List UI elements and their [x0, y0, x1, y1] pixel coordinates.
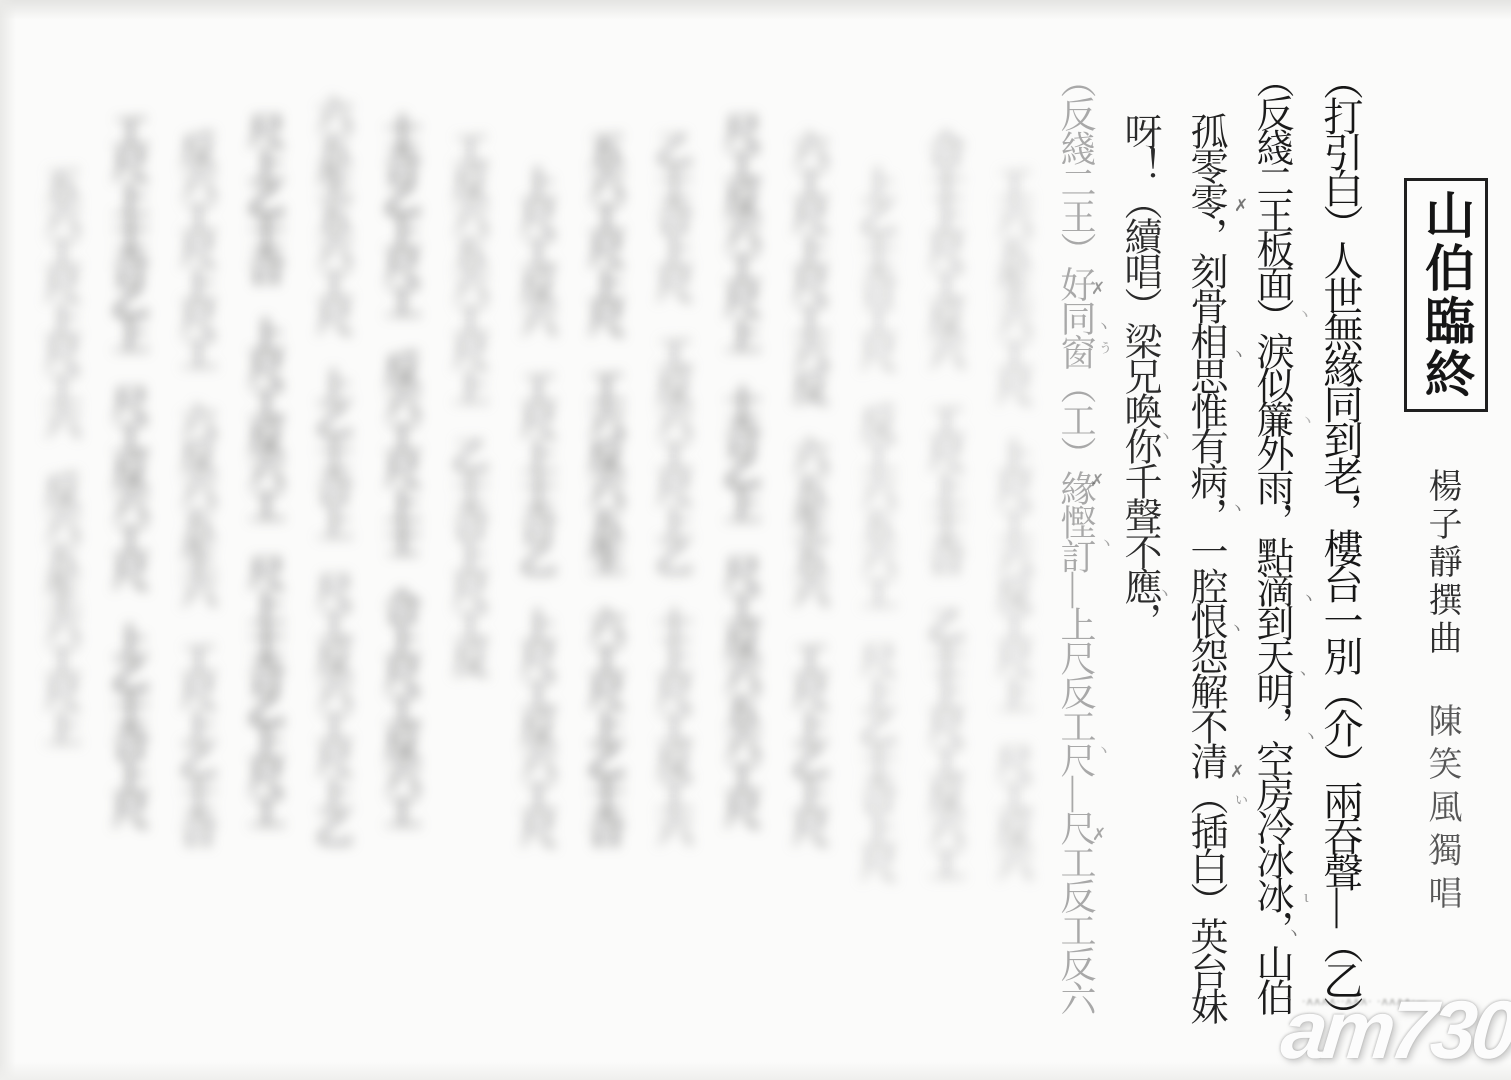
page-edge-top: [0, 0, 1511, 20]
lyric-column: （反綫二王板面）淚似簾外雨，點滴到天明，空房冷冰冰，山伯: [1252, 60, 1290, 1012]
singer-credit: 陳笑風獨唱: [1424, 703, 1458, 918]
notation-mark: ヽ: [1157, 428, 1174, 445]
blurred-column: 工六五生六工尺 上尺工六反工尺上 尺工反六: [991, 165, 1029, 879]
notation-mark: ヽ: [1300, 590, 1317, 607]
notation-mark: ヽ: [1095, 318, 1112, 335]
notation-mark: ヽ: [1302, 728, 1319, 745]
blurred-column: 上乙士合工尺 反工六五六工 尺上乙士合上尺: [855, 165, 893, 879]
notation-mark: ヽ: [1095, 742, 1112, 759]
blurred-column: 五六工尺上尺 工六反六五生 六工尺上乙士合: [583, 130, 621, 844]
notation-mark: ✗: [1091, 280, 1105, 297]
blurred-column: 乙士合上尺 工反六工尺上乙 士上尺工反工六: [651, 130, 689, 844]
notation-mark: ✗: [1230, 763, 1244, 780]
notation-mark: ヽ: [1156, 585, 1173, 602]
lyric-column: 孤零零，刻骨相思惟有病，一腔恨怨解不清（插白）英台妹: [1186, 112, 1224, 1022]
notation-mark: ✗: [1092, 826, 1106, 843]
notation-mark: ✗: [1090, 472, 1104, 489]
notation-mark: ヽ: [1296, 306, 1313, 323]
blurred-column: 六五生五六工尺 上乙士合上 尺工反六工尺上乙: [311, 95, 349, 843]
notation-mark: ✗: [1234, 197, 1248, 214]
notation-mark: ι: [1304, 888, 1309, 905]
blurred-column: 工尺上士合乙上 尺工反六工尺 上乙士合上尺: [107, 112, 145, 826]
lyric-column: （打引白）人世無緣同到老，樓台一別（介）兩吞聲—（乙）: [1320, 60, 1360, 1032]
blurred-column: 反六工尺上尺工 六反六五生六 工尺上乙士合: [175, 130, 213, 844]
blurred-column: 工反六五六工尺上 乙士合上尺工反: [447, 130, 485, 674]
blurred-column: 尺上乙士合 上尺工反六工 尺上士合乙上尺工: [243, 112, 281, 826]
title-box: 山伯臨終: [1404, 178, 1488, 412]
notation-mark: ヽ: [1098, 535, 1115, 552]
blurred-column: 士合乙上尺工 反六工尺上士 合上尺工反六工: [379, 112, 417, 826]
blurred-column: 五六工尺上尺工六 反六五生六工尺上: [39, 165, 77, 743]
notation-mark: ヽ: [1285, 925, 1302, 942]
notation-mark: ヽ: [1228, 620, 1245, 637]
song-sheet-page: 工六五生六工尺 上尺工六反工尺上 尺工反六合士上尺工反六 工尺上士合 乙士上尺工…: [0, 0, 1511, 1080]
notation-mark: ヽ: [1229, 500, 1246, 517]
notation-mark: ヽ: [1299, 412, 1316, 429]
blurred-column: 尺工反六工尺上 士合乙上 尺工反六五六工尺: [719, 112, 757, 826]
page-edge-left: [0, 0, 16, 1080]
lyric-column: 呀！（續唱）梁兄喚你千聲不應，: [1120, 112, 1158, 637]
notation-mark: ぃ: [1233, 790, 1250, 807]
blurred-column: 上尺工反六 工尺上士合乙 上尺工反六工尺: [515, 165, 553, 845]
am730-watermark: am730: [1277, 984, 1511, 1078]
notation-mark: 、: [1300, 660, 1317, 677]
notation-mark: ヽ: [1230, 346, 1247, 363]
song-title: 山伯臨終: [1421, 189, 1471, 401]
notation-mark: ぅ: [1097, 338, 1114, 355]
blurred-column: 六工尺上尺工六反 六五生五六 工尺上乙上尺: [787, 130, 825, 844]
blurred-column: 合士上尺工反六 工尺上士合 乙士上尺工反六工: [923, 130, 961, 878]
composer-credit: 楊子靜撰曲: [1424, 468, 1458, 658]
lyric-column: （反綫二王）好同窗（工）緣慳訂—上尺反工尺—尺工反工反六: [1058, 62, 1094, 1014]
